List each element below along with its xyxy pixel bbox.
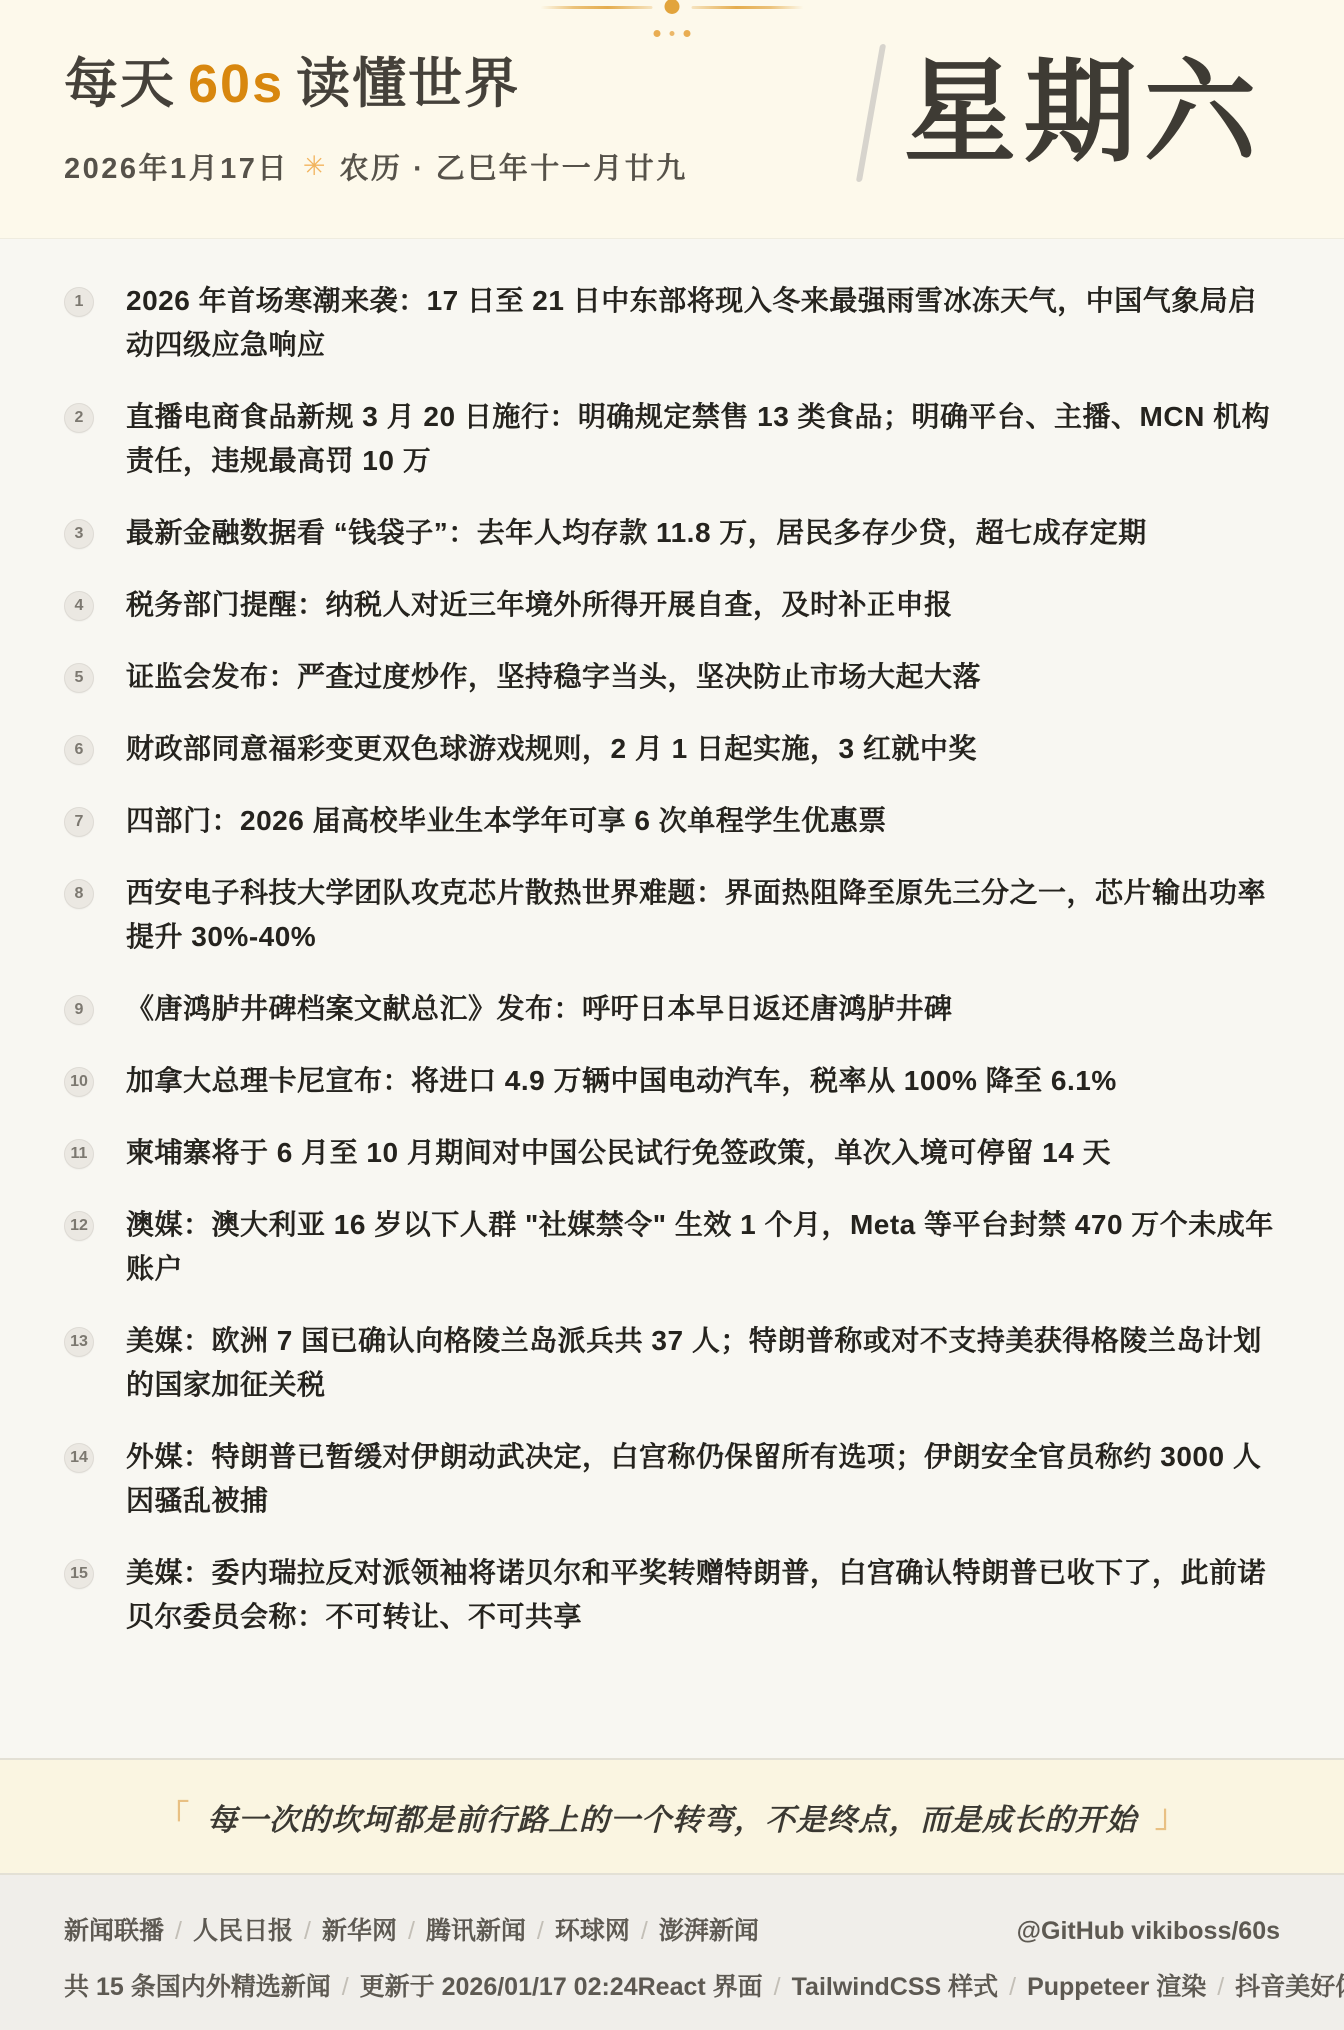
footer-text-item: 新华网 bbox=[322, 1917, 397, 1945]
title-prefix: 每天 bbox=[64, 54, 176, 114]
news-item-number: 11 bbox=[64, 1139, 94, 1169]
separator: / bbox=[641, 1917, 648, 1945]
news-item: 3 最新金融数据看 “钱袋子”：去年人均存款 11.8 万，居民多存少贷，超七成… bbox=[64, 511, 1280, 555]
quote-close-bracket: 」 bbox=[1155, 1801, 1186, 1832]
separator: / bbox=[304, 1917, 311, 1945]
separator: / bbox=[175, 1917, 182, 1945]
news-item-number: 14 bbox=[64, 1443, 94, 1473]
header: 每天60s读懂世界 2026年1月17日 ✳ 农历 · 乙巳年十一月廿九 星期六 bbox=[0, 0, 1344, 239]
lunar-date: 农历 · 乙巳年十一月廿九 bbox=[340, 146, 688, 187]
news-item-text: 柬埔寨将于 6 月至 10 月期间对中国公民试行免签政策，单次入境可停留 14 … bbox=[126, 1131, 1111, 1175]
header-right: 星期六 bbox=[868, 44, 1264, 182]
date-text: 2026年1月17日 bbox=[64, 146, 289, 187]
news-item: 14 外媒：特朗普已暂缓对伊朗动武决定，白宫称仍保留所有选项；伊朗安全官员称约 … bbox=[64, 1435, 1280, 1523]
news-item: 7 四部门：2026 届高校毕业生本学年可享 6 次单程学生优惠票 bbox=[64, 799, 1280, 843]
asterisk-icon: ✳ bbox=[303, 151, 326, 182]
quote-open-bracket: 「 bbox=[158, 1801, 189, 1832]
separator: / bbox=[1217, 1973, 1224, 2001]
news-item: 11 柬埔寨将于 6 月至 10 月期间对中国公民试行免签政策，单次入境可停留 … bbox=[64, 1131, 1280, 1175]
page-title: 每天60s读懂世界 bbox=[64, 52, 688, 116]
separator: / bbox=[342, 1973, 349, 2001]
news-item: 4 税务部门提醒：纳税人对近三年境外所得开展自查，及时补正申报 bbox=[64, 583, 1280, 627]
footer-github: @GitHub vikiboss/60s bbox=[1017, 1917, 1280, 1946]
page: 每天60s读懂世界 2026年1月17日 ✳ 农历 · 乙巳年十一月廿九 星期六… bbox=[0, 0, 1344, 2030]
footer-text-item: 新闻联播 bbox=[64, 1917, 164, 1945]
news-item: 9 《唐鸿胪井碑档案文献总汇》发布：呼吁日本早日返还唐鸿胪井碑 bbox=[64, 987, 1280, 1031]
separator: / bbox=[1009, 1973, 1016, 2001]
news-item-text: 加拿大总理卡尼宣布：将进口 4.9 万辆中国电动汽车，税率从 100% 降至 6… bbox=[126, 1059, 1117, 1103]
news-item: 1 2026 年首场寒潮来袭：17 日至 21 日中东部将现入冬来最强雨雪冰冻天… bbox=[64, 279, 1280, 367]
news-item-number: 2 bbox=[64, 403, 94, 433]
news-item-text: 税务部门提醒：纳税人对近三年境外所得开展自查，及时补正申报 bbox=[126, 583, 953, 627]
news-item-text: 西安电子科技大学团队攻克芯片散热世界难题：界面热阻降至原先三分之一，芯片输出功率… bbox=[126, 871, 1280, 959]
ornament-dot-icon bbox=[665, 0, 680, 14]
ornament-line-right-icon bbox=[692, 6, 804, 9]
news-item-text: 财政部同意福彩变更双色球游戏规则，2 月 1 日起实施，3 红就中奖 bbox=[126, 727, 977, 771]
news-item-number: 8 bbox=[64, 879, 94, 909]
footer: 新闻联播/人民日报/新华网/腾讯新闻/环球网/澎湃新闻 @GitHub viki… bbox=[0, 1875, 1344, 2030]
news-item: 13 美媒：欧洲 7 国已确认向格陵兰岛派兵共 37 人；特朗普称或对不支持美获… bbox=[64, 1319, 1280, 1407]
footer-text-item: 共 15 条国内外精选新闻 bbox=[64, 1973, 331, 2001]
news-item-number: 6 bbox=[64, 735, 94, 765]
news-item-text: 美媒：欧洲 7 国已确认向格陵兰岛派兵共 37 人；特朗普称或对不支持美获得格陵… bbox=[126, 1319, 1280, 1407]
slash-divider-icon bbox=[856, 44, 886, 182]
footer-row-2: 共 15 条国内外精选新闻/更新于 2026/01/17 02:24 React… bbox=[64, 1967, 1280, 2003]
news-item: 15 美媒：委内瑞拉反对派领袖将诺贝尔和平奖转赠特朗普，白宫确认特朗普已收下了，… bbox=[64, 1551, 1280, 1639]
quote-band: 「 每一次的坎坷都是前行路上的一个转弯，不是终点，而是成长的开始 」 bbox=[0, 1758, 1344, 1875]
footer-text-item: 人民日报 bbox=[193, 1917, 293, 1945]
news-item-text: 《唐鸿胪井碑档案文献总汇》发布：呼吁日本早日返还唐鸿胪井碑 bbox=[126, 987, 953, 1031]
news-item-number: 3 bbox=[64, 519, 94, 549]
news-item-number: 7 bbox=[64, 807, 94, 837]
top-ornament bbox=[541, 0, 804, 37]
news-item: 6 财政部同意福彩变更双色球游戏规则，2 月 1 日起实施，3 红就中奖 bbox=[64, 727, 1280, 771]
footer-text-item: React 界面 bbox=[638, 1973, 763, 2001]
footer-text-item: 腾讯新闻 bbox=[426, 1917, 526, 1945]
news-item-text: 四部门：2026 届高校毕业生本学年可享 6 次单程学生优惠票 bbox=[126, 799, 887, 843]
news-item-text: 证监会发布：严查过度炒作，坚持稳字当头，坚决防止市场大起大落 bbox=[126, 655, 981, 699]
footer-meta: 共 15 条国内外精选新闻/更新于 2026/01/17 02:24 bbox=[64, 1967, 638, 2003]
news-item: 2 直播电商食品新规 3 月 20 日施行：明确规定禁售 13 类食品；明确平台… bbox=[64, 395, 1280, 483]
footer-row-1: 新闻联播/人民日报/新华网/腾讯新闻/环球网/澎湃新闻 @GitHub viki… bbox=[64, 1911, 1280, 1947]
ornament-dots-icon bbox=[654, 30, 691, 37]
news-item-number: 10 bbox=[64, 1067, 94, 1097]
news-item-text: 2026 年首场寒潮来袭：17 日至 21 日中东部将现入冬来最强雨雪冰冻天气，… bbox=[126, 279, 1280, 367]
ornament-line-left-icon bbox=[541, 6, 653, 9]
news-item-number: 9 bbox=[64, 995, 94, 1025]
news-item-number: 5 bbox=[64, 663, 94, 693]
news-item-number: 4 bbox=[64, 591, 94, 621]
news-item: 12 澳媒：澳大利亚 16 岁以下人群 "社媒禁令" 生效 1 个月，Meta … bbox=[64, 1203, 1280, 1291]
news-item-text: 直播电商食品新规 3 月 20 日施行：明确规定禁售 13 类食品；明确平台、主… bbox=[126, 395, 1280, 483]
separator: / bbox=[408, 1917, 415, 1945]
footer-text-item: 更新于 2026/01/17 02:24 bbox=[360, 1973, 638, 2001]
news-item-number: 13 bbox=[64, 1327, 94, 1357]
news-item-text: 美媒：委内瑞拉反对派领袖将诺贝尔和平奖转赠特朗普，白宫确认特朗普已收下了，此前诺… bbox=[126, 1551, 1280, 1639]
news-item-number: 1 bbox=[64, 287, 94, 317]
weekday-label: 星期六 bbox=[904, 46, 1264, 180]
news-item-number: 15 bbox=[64, 1559, 94, 1589]
title-accent: 60s bbox=[188, 54, 284, 114]
footer-tech: React 界面/TailwindCSS 样式/Puppeteer 渲染/抖音美… bbox=[638, 1967, 1344, 2003]
news-item-number: 12 bbox=[64, 1211, 94, 1241]
date-line: 2026年1月17日 ✳ 农历 · 乙巳年十一月廿九 bbox=[64, 146, 688, 187]
header-left: 每天60s读懂世界 2026年1月17日 ✳ 农历 · 乙巳年十一月廿九 bbox=[64, 52, 688, 187]
quote-text: 每一次的坎坷都是前行路上的一个转弯，不是终点，而是成长的开始 bbox=[207, 1795, 1137, 1839]
footer-sources: 新闻联播/人民日报/新华网/腾讯新闻/环球网/澎湃新闻 bbox=[64, 1911, 759, 1947]
news-item-text: 外媒：特朗普已暂缓对伊朗动武决定，白宫称仍保留所有选项；伊朗安全官员称约 300… bbox=[126, 1435, 1280, 1523]
news-section: 1 2026 年首场寒潮来袭：17 日至 21 日中东部将现入冬来最强雨雪冰冻天… bbox=[0, 239, 1344, 1758]
footer-text-item: TailwindCSS 样式 bbox=[792, 1973, 999, 2001]
footer-text-item: Puppeteer 渲染 bbox=[1027, 1973, 1206, 2001]
news-item: 10 加拿大总理卡尼宣布：将进口 4.9 万辆中国电动汽车，税率从 100% 降… bbox=[64, 1059, 1280, 1103]
news-item-text: 澳媒：澳大利亚 16 岁以下人群 "社媒禁令" 生效 1 个月，Meta 等平台… bbox=[126, 1203, 1280, 1291]
title-suffix: 读懂世界 bbox=[296, 54, 520, 114]
footer-text-item: 澎湃新闻 bbox=[659, 1917, 759, 1945]
news-item: 8 西安电子科技大学团队攻克芯片散热世界难题：界面热阻降至原先三分之一，芯片输出… bbox=[64, 871, 1280, 959]
separator: / bbox=[537, 1917, 544, 1945]
news-item-text: 最新金融数据看 “钱袋子”：去年人均存款 11.8 万，居民多存少贷，超七成存定… bbox=[126, 511, 1147, 555]
news-list: 1 2026 年首场寒潮来袭：17 日至 21 日中东部将现入冬来最强雨雪冰冻天… bbox=[64, 279, 1280, 1639]
footer-text-item: 抖音美好体 bbox=[1235, 1973, 1344, 2001]
news-item: 5 证监会发布：严查过度炒作，坚持稳字当头，坚决防止市场大起大落 bbox=[64, 655, 1280, 699]
footer-text-item: 环球网 bbox=[555, 1917, 630, 1945]
separator: / bbox=[774, 1973, 781, 2001]
